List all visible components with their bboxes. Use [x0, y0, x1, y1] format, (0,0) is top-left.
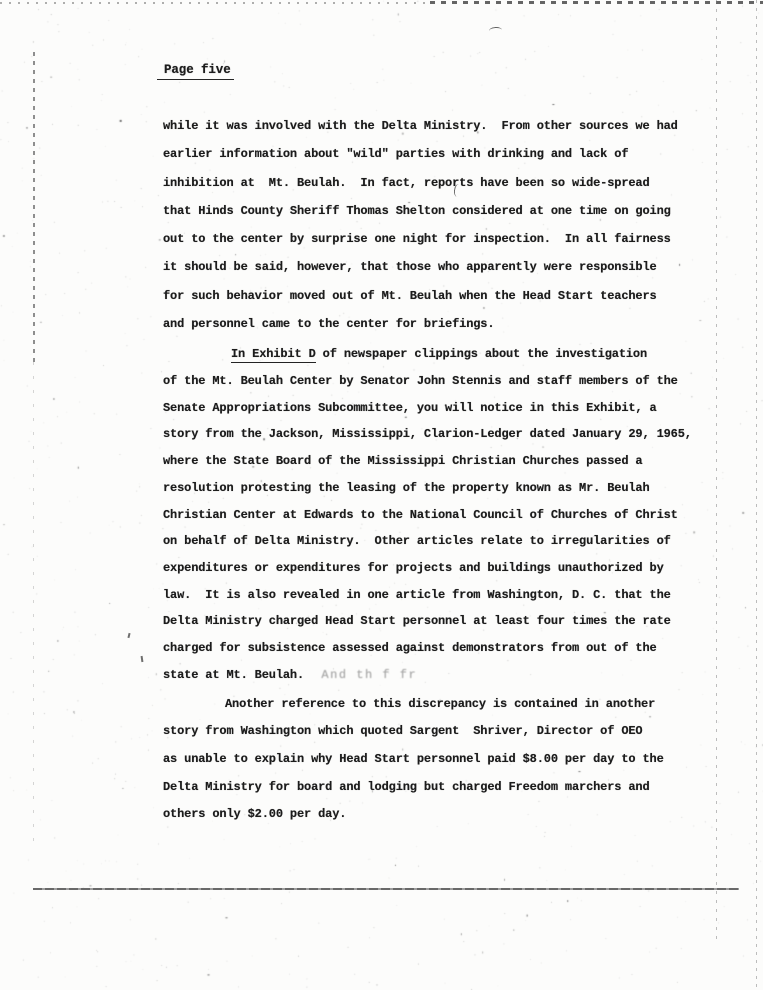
paragraph: Another reference to this discrepancy is…: [163, 691, 735, 830]
text-line: it should be said, however, that those w…: [163, 253, 735, 281]
text-line: earlier information about "wild" parties…: [163, 140, 735, 168]
scan-artifact-left-vertical-line: [33, 52, 35, 362]
text-line: on behalf of Delta Ministry. Other artic…: [163, 528, 735, 555]
text-line: expenditures or expenditures for project…: [163, 555, 735, 582]
page-header: Page five: [157, 60, 234, 80]
text-line: of the Mt. Beulah Center by Senator John…: [163, 368, 735, 395]
scan-artifact-top-dotted-line-left: [0, 2, 430, 4]
scan-artifact-tilde-mark: [489, 27, 502, 35]
text-line: that Hinds County Sheriff Thomas Shelton…: [163, 197, 735, 225]
text-line: state at Mt. Beulah. And th f fr: [163, 662, 735, 689]
scan-artifact-stray-tick: [127, 633, 130, 638]
text-line: In Exhibit D of newspaper clippings abou…: [163, 341, 735, 368]
scanned-document-page: Page five while it was involved with the…: [0, 0, 763, 990]
text-line: as unable to explain why Head Start pers…: [163, 746, 735, 774]
page-title: Page five: [157, 63, 234, 80]
scan-artifact-bottom-line: [33, 888, 739, 890]
text-line: Christian Center at Edwards to the Natio…: [163, 502, 735, 529]
document-body: while it was involved with the Delta Min…: [163, 112, 735, 829]
text-line: while it was involved with the Delta Min…: [163, 112, 735, 140]
text-line: inhibition at Mt. Beulah. In fact, repor…: [163, 169, 735, 197]
underlined-exhibit-reference: In Exhibit D: [231, 347, 316, 363]
text-line: for such behavior moved out of Mt. Beula…: [163, 282, 735, 310]
text-line: Another reference to this discrepancy is…: [163, 691, 735, 719]
text-line: where the State Board of the Mississippi…: [163, 448, 735, 475]
scan-artifact-top-dotted-line-right: [430, 1, 763, 4]
text-line: charged for subsistence assessed against…: [163, 635, 735, 662]
paragraph: In Exhibit D of newspaper clippings abou…: [163, 341, 735, 688]
text-line: law. It is also revealed in one article …: [163, 582, 735, 609]
text-line: and personnel came to the center for bri…: [163, 310, 735, 338]
text-line: Delta Ministry charged Head Start person…: [163, 608, 735, 635]
scan-artifact-left-vertical-line-faint: [33, 362, 34, 842]
text-line: Delta Ministry for board and lodging but…: [163, 774, 735, 802]
scan-artifact-right-vertical-line-2: [756, 0, 757, 990]
scan-artifact-stray-tick: [141, 656, 144, 662]
text-line: story from Washington which quoted Sarge…: [163, 718, 735, 746]
text-line: Senate Appropriations Subcommittee, you …: [163, 395, 735, 422]
text-line: story from the Jackson, Mississippi, Cla…: [163, 421, 735, 448]
erased-text-smudge: And th f fr: [304, 668, 417, 682]
text-line: out to the center by surprise one night …: [163, 225, 735, 253]
paragraph: while it was involved with the Delta Min…: [163, 112, 735, 338]
text-line: resolution protesting the leasing of the…: [163, 475, 735, 502]
text-line: others only $2.00 per day.: [163, 801, 735, 829]
